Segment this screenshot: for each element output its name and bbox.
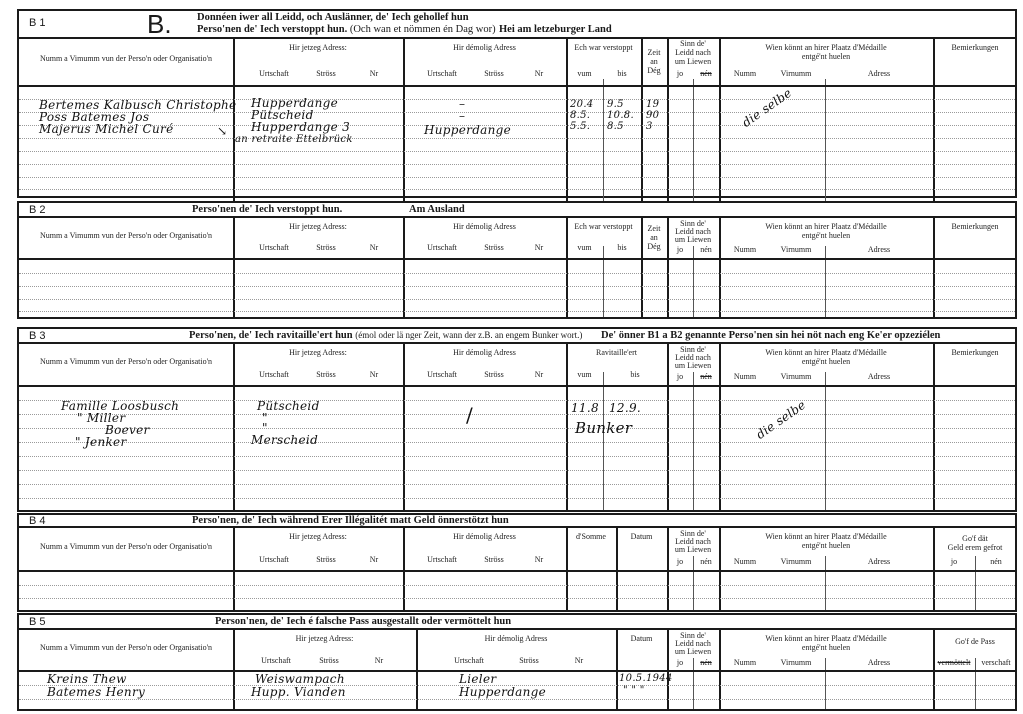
yes-header: jo xyxy=(669,245,691,254)
entry-name: Majerus Michel Curé xyxy=(39,123,173,135)
entry-note: Bunker xyxy=(575,422,632,434)
section-title: Perso'nen de' Iech verstoppt hun. xyxy=(192,204,342,215)
from-header: vum xyxy=(566,370,603,379)
entry-current-address: Weiswampach xyxy=(255,673,345,685)
entry-from: 20.4 xyxy=(570,100,593,110)
yes-header: jo xyxy=(933,557,975,566)
number-header: Nr xyxy=(524,243,554,252)
entry-former-address: Lieler xyxy=(459,673,496,685)
medal-header-1: Wien könnt an hirer Plaatz d'Médaille xyxy=(719,222,933,231)
section-title: Perso'nen, de' Iech ravitaille'ert hun (… xyxy=(189,330,582,341)
to-header: bis xyxy=(603,243,641,252)
entry-former-address: Hupperdange xyxy=(459,686,546,698)
street-header: Ströss xyxy=(306,370,346,379)
from-header: vum xyxy=(566,243,603,252)
street-header: Ströss xyxy=(474,243,514,252)
medal-name-header: Numm xyxy=(725,372,765,381)
medal-header-2: entgé'nt huelen xyxy=(719,231,933,240)
medal-header-1: Wien könnt an hirer Plaatz d'Médaille xyxy=(719,532,933,541)
medal-firstname-header: Virnumm xyxy=(771,658,821,667)
entry-current-address: Merscheid xyxy=(251,434,318,446)
medal-address-header: Adress xyxy=(825,658,933,667)
section-title-line1: Donnéen iwer all Leidd, och Auslänner, d… xyxy=(197,12,469,23)
medal-address-header: Adress xyxy=(825,557,933,566)
locality-header: Urtschaft xyxy=(417,370,467,379)
from-header: vum xyxy=(566,69,603,78)
locality-header: Urtschaft xyxy=(417,69,467,78)
section-id: B 3 xyxy=(29,330,46,342)
current-address-header: Hir jetzeg Adress: xyxy=(233,634,416,643)
locality-header: Urtschaft xyxy=(417,243,467,252)
name-column-header: Numm a Vimumm vun der Perso'n oder Organ… xyxy=(19,542,233,551)
entry-former-address: Hupperdange xyxy=(424,124,511,136)
alive-header-3: um Liewen xyxy=(667,57,719,66)
former-address-header: Hir démolig Adress xyxy=(403,43,566,52)
locality-header: Urtschaft xyxy=(249,243,299,252)
entry-to: 10.8. xyxy=(607,111,634,121)
locality-header: Urtschaft xyxy=(251,656,301,665)
number-header: Nr xyxy=(524,555,554,564)
section-id: B 2 xyxy=(29,204,46,216)
former-address-header: Hir démolig Adress xyxy=(403,532,566,541)
hidden-period-header: Ech war verstoppt xyxy=(566,222,641,231)
medal-firstname-header: Virnumm xyxy=(771,372,821,381)
medal-name-header: Numm xyxy=(725,557,765,566)
section-title-line2: Perso'nen de' Iech verstoppt hun. (Och w… xyxy=(197,24,496,35)
current-address-header: Hir jetzeg Adress: xyxy=(233,348,403,357)
alive-header-1: Sinn de' xyxy=(667,39,719,48)
name-column-header: Numm a Vimumm vun der Perso'n oder Organ… xyxy=(19,231,233,240)
medal-firstname-header: Virnumm xyxy=(771,557,821,566)
entry-date: 10.5.1944 xyxy=(619,674,673,684)
days-header-2: an xyxy=(641,57,667,66)
date-header: Datum xyxy=(616,532,667,541)
no-header: nén xyxy=(975,557,1017,566)
yes-header: jo xyxy=(669,658,691,667)
medal-header-2: entgé'nt huelen xyxy=(719,541,933,550)
entry-name: Kreins Thew xyxy=(47,673,127,685)
remarks-header: Bemierkungen xyxy=(933,222,1017,231)
former-address-header: Hir démolig Adress xyxy=(403,348,566,357)
alive-header-3: um Liewen xyxy=(667,235,719,244)
medal-name-header: Numm xyxy=(725,658,765,667)
section-id: B 5 xyxy=(29,616,46,628)
medal-name-header: Numm xyxy=(725,69,765,78)
medal-firstname-header: Virnumm xyxy=(771,245,821,254)
number-header: Nr xyxy=(524,370,554,379)
medal-address-header: Adress xyxy=(825,372,933,381)
entry-from: 8.5. xyxy=(570,111,590,121)
medal-name-header: Numm xyxy=(725,245,765,254)
number-header: Nr xyxy=(359,370,389,379)
name-column-header: Numm a Vimumm vun der Perso'n oder Organ… xyxy=(19,643,233,652)
street-header: Ströss xyxy=(306,69,346,78)
section-place: Am Ausland xyxy=(409,204,465,215)
supplied-period-header: Ravitaille'ert xyxy=(566,348,667,357)
amount-header: d'Somme xyxy=(566,532,616,541)
entry-current-address: an retraite Ettelbrück xyxy=(235,135,353,145)
entry-to: 9.5 xyxy=(607,100,624,110)
no-header: nén xyxy=(695,557,717,566)
street-header: Ströss xyxy=(474,555,514,564)
number-header: Nr xyxy=(564,656,594,665)
section-extra-note: De' önner B1 a B2 genannte Perso'nen sin… xyxy=(601,330,940,341)
no-header-struck: nén xyxy=(695,658,717,667)
locality-header: Urtschaft xyxy=(249,370,299,379)
former-address-header: Hir démolig Adress xyxy=(416,634,616,643)
current-address-header: Hir jetzeg Adress: xyxy=(233,43,403,52)
alive-header-3: um Liewen xyxy=(667,545,719,554)
days-header-3: Dég xyxy=(641,242,667,251)
medal-firstname-header: Virnumm xyxy=(771,69,821,78)
medal-header-1: Wien könnt an hirer Plaatz d'Médaille xyxy=(719,43,933,52)
medal-address-header: Adress xyxy=(825,69,933,78)
entry-days: 3 xyxy=(646,122,653,132)
to-header: bis xyxy=(603,69,641,78)
medal-header-2: entgé'nt huelen xyxy=(719,643,933,652)
name-column-header: Numm a Vimumm vun der Perso'n oder Organ… xyxy=(19,54,233,63)
no-header-struck: nén xyxy=(695,372,717,381)
section-place: Hei am letzeburger Land xyxy=(499,24,612,35)
street-header: Ströss xyxy=(309,656,349,665)
number-header: Nr xyxy=(364,656,394,665)
number-header: Nr xyxy=(524,69,554,78)
street-header: Ströss xyxy=(509,656,549,665)
section-id: B 4 xyxy=(29,515,46,527)
street-header: Ströss xyxy=(306,555,346,564)
pass-header: Go'f de Pass xyxy=(933,637,1017,646)
alive-header-3: um Liewen xyxy=(667,647,719,656)
remarks-header: Bemierkungen xyxy=(933,43,1017,52)
locality-header: Urtschaft xyxy=(444,656,494,665)
section-id: B 1 xyxy=(29,17,46,29)
procured-header: verschaft xyxy=(975,658,1017,667)
medal-header-1: Wien könnt an hirer Plaatz d'Médaille xyxy=(719,634,933,643)
section-title: Perso'nen, de' Iech während Erer Illégal… xyxy=(192,515,509,526)
entry-name: " Jenker xyxy=(75,436,126,448)
section-b1-title-bar: B 1 B. Donnéen iwer all Leidd, och Auslä… xyxy=(19,11,1015,39)
arrow-mark: ↘ xyxy=(217,125,227,137)
number-header: Nr xyxy=(359,243,389,252)
street-header: Ströss xyxy=(306,243,346,252)
locality-header: Urtschaft xyxy=(249,555,299,564)
street-header: Ströss xyxy=(474,69,514,78)
mediated-header-struck: vermöttelt xyxy=(933,658,975,667)
section-b1: B 1 B. Donnéen iwer all Leidd, och Auslä… xyxy=(17,9,1017,198)
entry-to: 8.5 xyxy=(607,122,624,132)
entry-former-address: / xyxy=(466,409,473,421)
locality-header: Urtschaft xyxy=(417,555,467,564)
entry-current-address: Hupperdange 3 xyxy=(251,121,350,133)
street-header: Ströss xyxy=(474,370,514,379)
date-header: Datum xyxy=(616,634,667,643)
entry-current-address: Hupp. Vianden xyxy=(251,686,346,698)
days-header-3: Dég xyxy=(641,66,667,75)
current-address-header: Hir jetzeg Adress: xyxy=(233,532,403,541)
entry-days: 19 xyxy=(646,100,659,110)
entry-days: 90 xyxy=(646,111,659,121)
to-header: bis xyxy=(603,370,667,379)
section-b3: B 3 Perso'nen, de' Iech ravitaille'ert h… xyxy=(17,327,1017,512)
locality-header: Urtschaft xyxy=(249,69,299,78)
yes-header: jo xyxy=(669,372,691,381)
section-b5: B 5 Person'nen, de' Iech é falsche Pass … xyxy=(17,613,1017,711)
entry-from: 5.5. xyxy=(570,122,590,132)
name-column-header: Numm a Vimumm vun der Perso'n oder Organ… xyxy=(19,357,233,366)
entry-to: 12.9. xyxy=(609,402,641,414)
entry-from: 11.8 xyxy=(571,402,599,414)
remarks-header: Bemierkungen xyxy=(933,348,1017,357)
section-title: Person'nen, de' Iech é falsche Pass ausg… xyxy=(215,616,511,627)
alive-header-2: Leidd nach xyxy=(667,48,719,57)
medal-header-2: entgé'nt huelen xyxy=(719,52,933,61)
days-header-1: Zeit xyxy=(641,48,667,57)
alive-header-3: um Liewen xyxy=(667,361,719,370)
no-header-struck: nén xyxy=(695,69,717,78)
entry-former-address: – xyxy=(459,110,465,122)
entry-date: " " " xyxy=(623,686,645,696)
current-address-header: Hir jetzeg Adress: xyxy=(233,222,403,231)
form-letter: B. xyxy=(147,9,172,40)
yes-header: jo xyxy=(669,557,691,566)
days-header-2: an xyxy=(641,233,667,242)
days-header-1: Zeit xyxy=(641,224,667,233)
hidden-period-header: Ech war verstoppt xyxy=(566,43,641,52)
yes-header: jo xyxy=(669,69,691,78)
entry-name: Batemes Henry xyxy=(47,686,145,698)
medal-address-header: Adress xyxy=(825,245,933,254)
money-back-header-2: Geld erem gefrot xyxy=(933,543,1017,552)
no-header: nén xyxy=(695,245,717,254)
number-header: Nr xyxy=(359,69,389,78)
section-b2: B 2 Perso'nen de' Iech verstoppt hun. Am… xyxy=(17,201,1017,319)
money-back-header-1: Go'f dät xyxy=(933,534,1017,543)
medal-header-1: Wien könnt an hirer Plaatz d'Médaille xyxy=(719,348,933,357)
medal-header-2: entgé'nt huelen xyxy=(719,357,933,366)
former-address-header: Hir démolig Adress xyxy=(403,222,566,231)
number-header: Nr xyxy=(359,555,389,564)
section-b4: B 4 Perso'nen, de' Iech während Erer Ill… xyxy=(17,513,1017,612)
